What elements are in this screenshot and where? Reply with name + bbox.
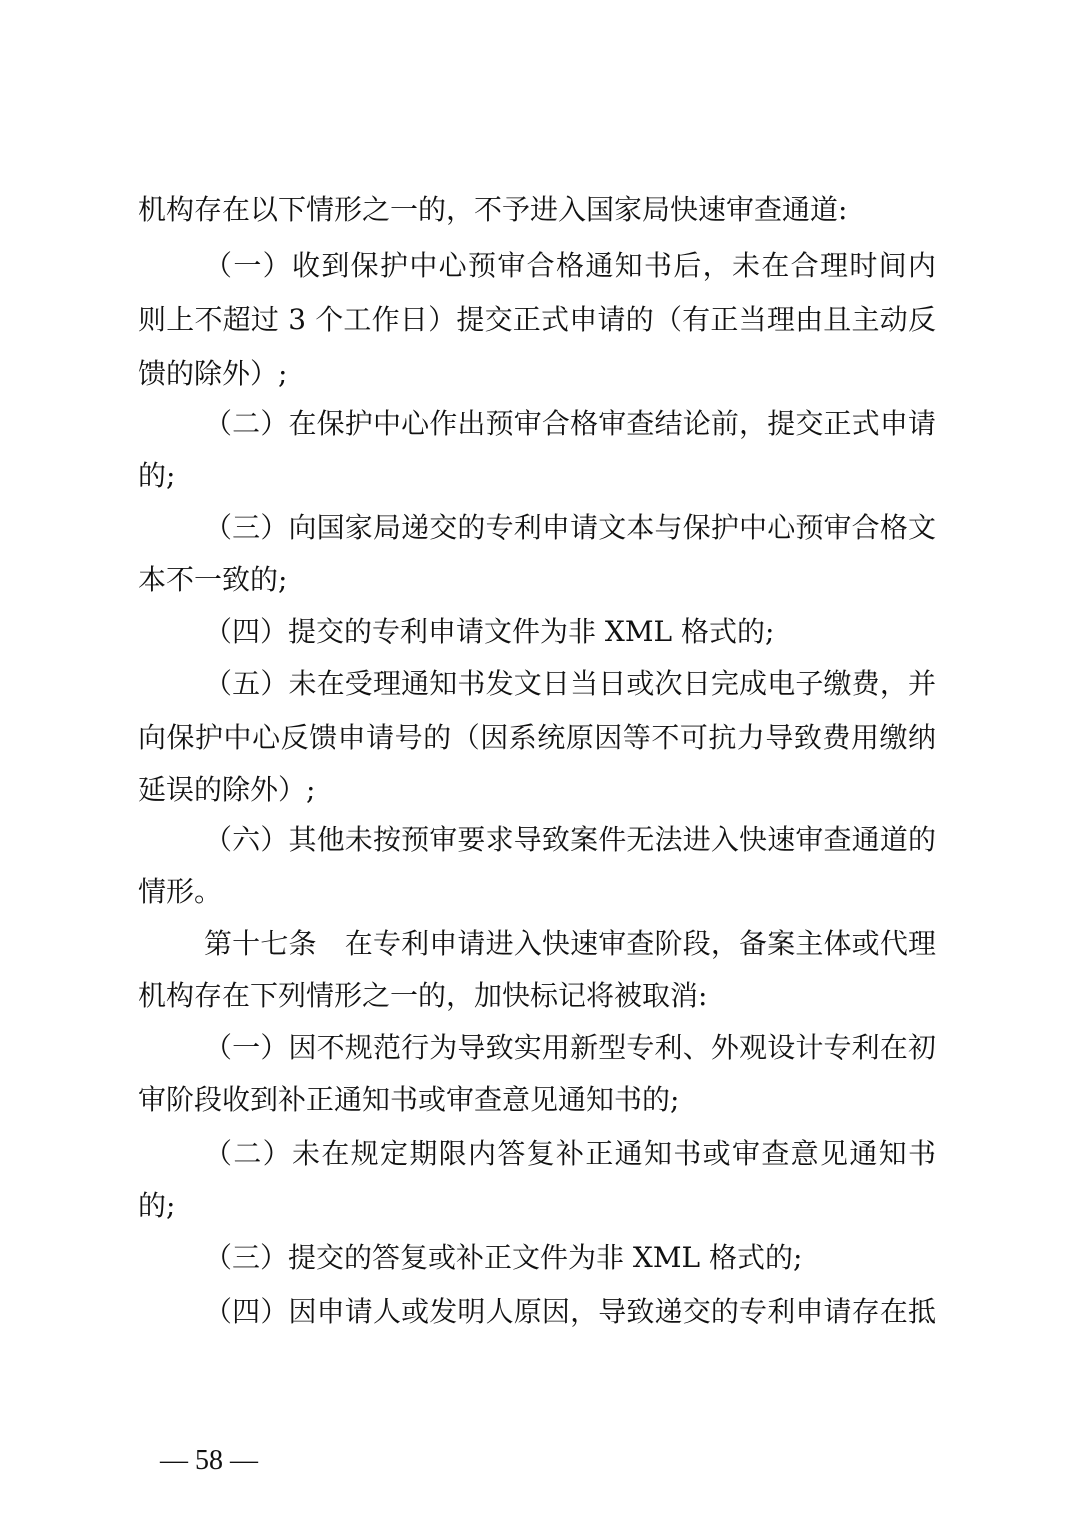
text-line: （四）因申请人或发明人原因，导致递交的专利申请存在抵 [204, 1292, 936, 1332]
article-heading-line: 第十七条 在专利申请进入快速审查阶段，备案主体或代理 [204, 924, 936, 964]
text-line: 情形。 [138, 872, 936, 912]
text-line: （六）其他未按预审要求导致案件无法进入快速审查通道的 [204, 820, 936, 860]
text-line: （二）未在规定期限内答复补正通知书或审查意见通知书 [204, 1134, 936, 1174]
text-line: 本不一致的; [138, 560, 936, 600]
text-line: （一）收到保护中心预审合格通知书后，未在合理时间内（原 [204, 246, 936, 286]
text-line: 的; [138, 456, 936, 496]
text-line: （五）未在受理通知书发文日当日或次日完成电子缴费，并 [204, 664, 936, 704]
text-line: （四）提交的专利申请文件为非 XML 格式的; [204, 612, 936, 652]
text-line: 审阶段收到补正通知书或审查意见通知书的; [138, 1080, 936, 1120]
text-line: 的; [138, 1186, 936, 1226]
text-line: 则上不超过 3 个工作日）提交正式申请的（有正当理由且主动反 [138, 300, 936, 340]
text-line: 馈的除外）; [138, 354, 936, 394]
document-page: 机构存在以下情形之一的，不予进入国家局快速审查通道: （一）收到保护中心预审合格… [0, 0, 1074, 1520]
page-number: — 58 — [160, 1443, 258, 1479]
text-line: （二）在保护中心作出预审合格审查结论前，提交正式申请 [204, 404, 936, 444]
text-line: （三）提交的答复或补正文件为非 XML 格式的; [204, 1238, 936, 1278]
text-line: 机构存在下列情形之一的，加快标记将被取消: [138, 976, 936, 1016]
text-line: （三）向国家局递交的专利申请文本与保护中心预审合格文 [204, 508, 936, 548]
text-line: （一）因不规范行为导致实用新型专利、外观设计专利在初 [204, 1028, 936, 1068]
text-line: 向保护中心反馈申请号的（因系统原因等不可抗力导致费用缴纳 [138, 718, 936, 758]
text-line: 延误的除外）; [138, 770, 936, 810]
text-line: 机构存在以下情形之一的，不予进入国家局快速审查通道: [138, 190, 936, 230]
